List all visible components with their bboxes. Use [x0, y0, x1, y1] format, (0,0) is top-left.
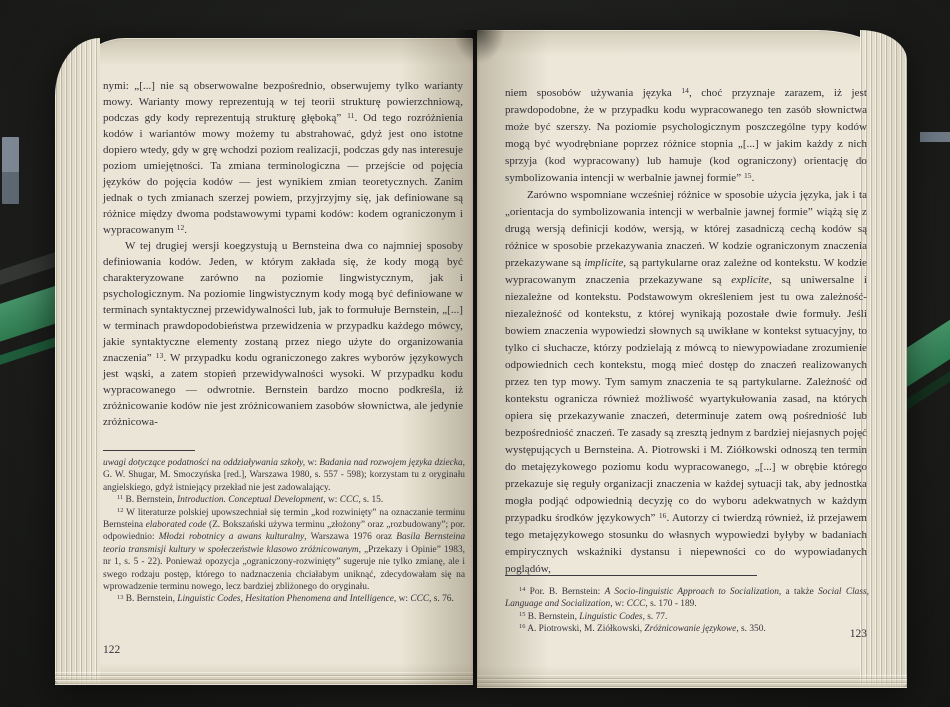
page-number-left: 122 [103, 644, 120, 656]
left-page-footnotes: uwagi dotyczące podatności na oddziaływa… [103, 457, 465, 606]
footnote: 14 Por. B. Bernstein: A Socio-linguistic… [505, 586, 869, 611]
bookmark-tab [2, 137, 19, 204]
right-page: niem sposobów używania języka 14, choć p… [477, 30, 907, 688]
body-paragraph: nymi: „[...] nie są obserwowalne bezpośr… [103, 78, 463, 238]
body-paragraph: Zarówno wspomniane wcześniej różnice w s… [505, 187, 867, 578]
footnote-separator-left [103, 450, 195, 451]
gray-dash-right [920, 132, 950, 142]
footnote: 15 B. Bernstein, Linguistic Codes, s. 77… [505, 611, 869, 623]
page-number-right: 123 [505, 628, 867, 640]
footnote-separator-right [505, 575, 757, 576]
scanned-book-photo: nymi: „[...] nie są obserwowalne bezpośr… [0, 0, 950, 707]
footnote: uwagi dotyczące podatności na oddziaływa… [103, 457, 465, 494]
open-book: nymi: „[...] nie są obserwowalne bezpośr… [55, 30, 907, 690]
body-paragraph: W tej drugiej wersji koegzystują u Berns… [103, 238, 463, 430]
page-edges-left [55, 38, 100, 685]
footnote: 11 B. Bernstein, Introduction. Conceptua… [103, 494, 465, 506]
footnote: 12 W literaturze polskiej upowszechniał … [103, 507, 465, 594]
page-edges-bottom-right [477, 675, 907, 688]
left-page-body-text: nymi: „[...] nie są obserwowalne bezpośr… [103, 78, 463, 430]
right-page-body-text: niem sposobów używania języka 14, choć p… [505, 85, 867, 578]
page-edges-bottom-left [55, 672, 473, 685]
left-page: nymi: „[...] nie są obserwowalne bezpośr… [55, 38, 473, 685]
footnote: 13 B. Bernstein, Linguistic Codes, Hesit… [103, 593, 465, 605]
body-paragraph: niem sposobów używania języka 14, choć p… [505, 85, 867, 187]
